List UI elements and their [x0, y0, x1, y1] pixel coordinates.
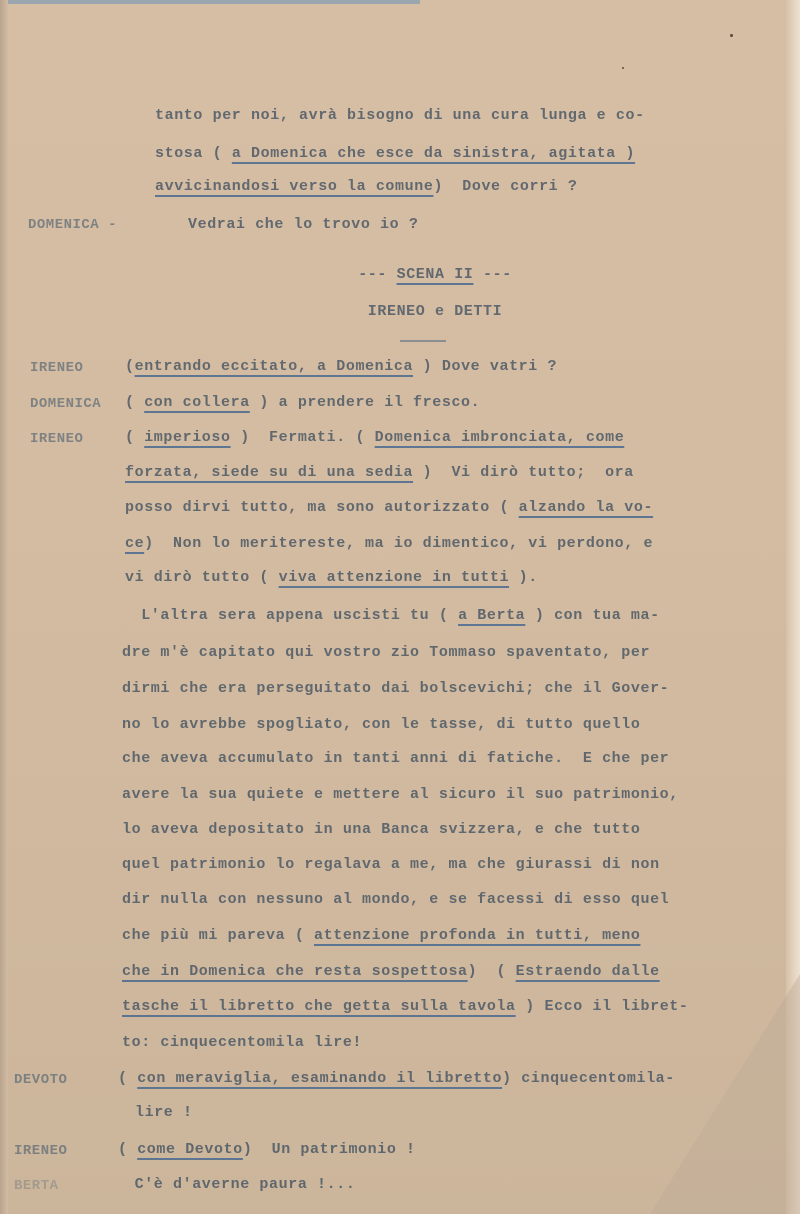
paper-speck [730, 34, 733, 37]
text-line: avere la sua quiete e mettere al sicuro … [122, 786, 679, 803]
text-line: no lo avrebbe spogliato, con le tasse, d… [122, 716, 640, 733]
speaker-label: DOMENICA - [28, 217, 117, 233]
text-line: lire ! [135, 1104, 193, 1121]
speaker-label: DEVOTO [14, 1072, 67, 1088]
text-line: dre m'è capitato qui vostro zio Tommaso … [122, 644, 650, 661]
paper-speck [622, 67, 624, 69]
text-line: quel patrimonio lo regalava a me, ma che… [122, 856, 660, 873]
text-line: che in Domenica che resta sospettosa) ( … [122, 963, 660, 980]
text-line: L'altra sera appena uscisti tu ( a Berta… [122, 607, 660, 624]
text-line: forzata, siede su di una sedia ) Vi dirò… [125, 464, 634, 481]
speaker-label: IRENEO [30, 360, 83, 376]
text-line: vi dirò tutto ( viva attenzione in tutti… [125, 569, 538, 586]
text-line: ( come Devoto) Un patrimonio ! [118, 1141, 416, 1158]
text-line: ce) Non lo meritereste, ma io dimentico,… [125, 535, 653, 552]
text-line: tasche il libretto che getta sulla tavol… [122, 998, 689, 1015]
divider [400, 340, 446, 342]
text-line: Vedrai che lo trovo io ? [188, 216, 418, 233]
text-line: stosa ( a Domenica che esce da sinistra,… [155, 145, 635, 162]
scene-characters: IRENEO e DETTI [0, 303, 800, 320]
text-line: ( con meraviglia, esaminando il libretto… [118, 1070, 675, 1087]
text-line: che aveva accumulato in tanti anni di fa… [122, 750, 669, 767]
text-line: C'è d'averne paura !... [125, 1176, 355, 1193]
text-line: che più mi pareva ( attenzione profonda … [122, 927, 640, 944]
speaker-label: IRENEO [30, 431, 83, 447]
speaker-label: IRENEO [14, 1143, 67, 1159]
text-line: posso dirvi tutto, ma sono autorizzato (… [125, 499, 653, 516]
text-line: dir nulla con nessuno al mondo, e se fac… [122, 891, 669, 908]
text-line: dirmi che era perseguitato dai bolscevic… [122, 680, 669, 697]
text-line: ( con collera ) a prendere il fresco. [125, 394, 480, 411]
text-line: ( imperioso ) Fermati. ( Domenica imbron… [125, 429, 624, 446]
text-line: tanto per noi, avrà bisogno di una cura … [155, 107, 645, 124]
scene-title: --- SCENA II --- [0, 266, 800, 283]
text-line: to: cinquecentomila lire! [122, 1034, 362, 1051]
photo-edge-strip [0, 0, 420, 4]
text-line: (entrando eccitato, a Domenica ) Dove va… [125, 358, 557, 375]
text-line: avvicinandosi verso la comune) Dove corr… [155, 178, 577, 195]
speaker-label: DOMENICA [30, 396, 101, 412]
page-left-edge [0, 0, 8, 1214]
text-line: lo aveva depositato in una Banca svizzer… [122, 821, 640, 838]
speaker-label: BERTA [14, 1178, 59, 1194]
